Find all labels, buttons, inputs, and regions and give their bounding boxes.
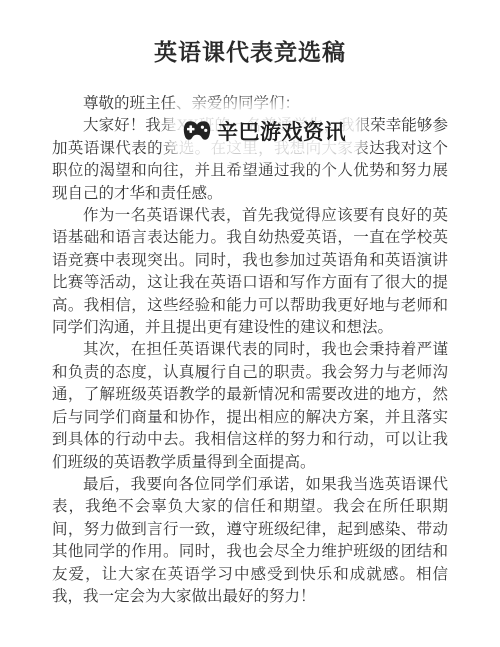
watermark-label: 辛巴游戏资讯 [217,116,346,146]
watermark: 辛巴游戏资讯 [176,110,356,152]
document-title: 英语课代表竞选稿 [0,38,500,68]
paragraph-qualifications: 作为一名英语课代表，首先我觉得应该要有良好的英语基础和语言表达能力。我自幼热爱英… [52,205,448,339]
gamepad-icon [182,118,212,144]
document-page: 英语课代表竞选稿 尊敬的班主任、亲爱的同学们： 大家好！我是XX班的一名普通学生… [0,0,500,647]
paragraph-responsibility: 其次，在担任英语课代表的同时，我也会秉持着严谨和负责的态度，认真履行自己的职责。… [52,339,448,473]
paragraph-promise: 最后，我要向各位同学们承诺，如果我当选英语课代表，我绝不会辜负大家的信任和期望。… [52,474,448,608]
document-body: 尊敬的班主任、亲爱的同学们： 大家好！我是XX班的一名普通学生，我很荣幸能够参加… [52,93,448,608]
